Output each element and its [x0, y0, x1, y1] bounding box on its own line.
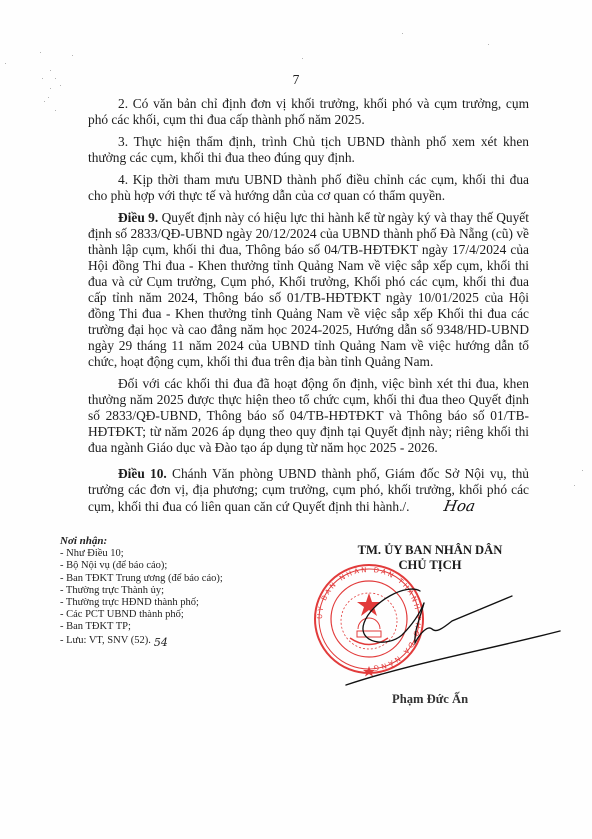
document-body: 2. Có văn bản chỉ định đơn vị khối trưởn… [88, 96, 529, 521]
article-9: Điều 9. Quyết định này có hiệu lực thi h… [88, 210, 529, 370]
recipient-item: - Như Điều 10; [60, 548, 280, 560]
transitional-provision: Đối với các khối thi đua đã hoạt động ổn… [88, 376, 529, 456]
recipient-item: - Thường trực Thành ủy; [60, 585, 280, 597]
paragraph-item-2: 2. Có văn bản chỉ định đơn vị khối trưởn… [88, 96, 529, 128]
recipients-title: Nơi nhận: [60, 535, 280, 547]
article-10-label: Điều 10. [118, 466, 167, 481]
page-number: 7 [0, 72, 592, 88]
article-9-text: Quyết định này có hiệu lực thi hành kể t… [88, 210, 529, 369]
signature-organization: TM. ỦY BAN NHÂN DÂN [340, 543, 520, 558]
article-9-label: Điều 9. [118, 210, 158, 225]
paragraph-item-4: 4. Kịp thời tham mưu UBND thành phố điều… [88, 172, 529, 204]
recipient-item: - Lưu: VT, SNV (52).54 [60, 634, 280, 647]
recipient-item-text: - Lưu: VT, SNV (52). [60, 635, 151, 646]
recipient-item: - Thường trực HĐND thành phố; [60, 597, 280, 609]
recipients-block: Nơi nhận: - Như Điều 10; - Bộ Nội vụ (để… [60, 535, 280, 647]
recipient-item: - Bộ Nội vụ (để báo cáo); [60, 560, 280, 572]
signer-name: Phạm Đức Ấn [392, 692, 492, 707]
paragraph-item-3: 3. Thực hiện thẩm định, trình Chủ tịch U… [88, 134, 529, 166]
handwritten-initials: Hoa [412, 498, 476, 514]
handwritten-note: 54 [154, 636, 168, 649]
recipient-item: - Ban TĐKT TP; [60, 621, 280, 633]
document-page: 7 2. Có văn bản chỉ định đơn vị khối trư… [0, 0, 592, 839]
recipient-item: - Ban TĐKT Trung ương (để báo cáo); [60, 573, 280, 585]
recipient-item: - Các PCT UBND thành phố; [60, 609, 280, 621]
stamp-seal-icon [315, 565, 423, 673]
article-10: Điều 10. Chánh Văn phòng UBND thành phố,… [88, 466, 529, 515]
official-stamp-icon: ỦY BAN NHÂN DÂN THÀNH PHỐ ĐÀ NẴNG [302, 563, 562, 693]
recipients-list: - Như Điều 10; - Bộ Nội vụ (để báo cáo);… [60, 548, 280, 647]
